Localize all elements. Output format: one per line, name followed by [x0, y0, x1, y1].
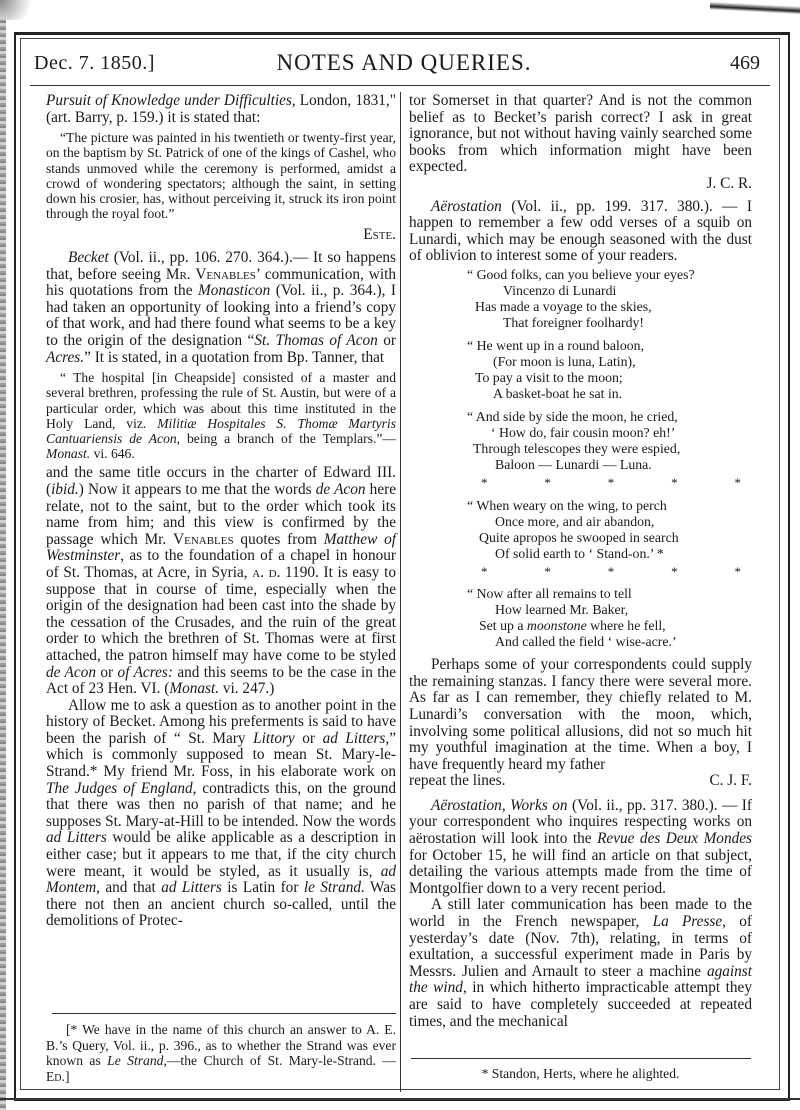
signature-row-cjf: repeat the lines. C. J. F.	[409, 773, 752, 790]
standon-footnote: * Standon, Herts, where he alighted.	[409, 1066, 752, 1082]
parish-paragraph: Allow me to ask a question as to another…	[46, 698, 396, 930]
signature-este: Este.	[46, 227, 396, 244]
perhaps-paragraph: Perhaps some of your correspondents coul…	[409, 657, 752, 773]
poem-stanza: “ And side by side the moon, he cried, ‘…	[467, 409, 752, 473]
quote-barry: “The picture was painted in his twentiet…	[46, 130, 396, 221]
works-paragraph: Aërostation, Works on (Vol. ii., pp. 317…	[409, 798, 752, 898]
editor-footnote: [* We have in the name of this church an…	[46, 1022, 396, 1084]
lunardi-poem-cont: “ When weary on the wing, to perch Once …	[467, 498, 752, 562]
lunardi-poem-end: “ Now after all remains to tell How lear…	[467, 586, 752, 650]
later-paragraph: A still later communication has been mad…	[409, 897, 752, 1030]
publication-title: NOTES AND QUERIES.	[34, 50, 774, 76]
column-divider	[400, 92, 401, 1092]
becket-heading: Becket	[68, 249, 109, 266]
footnote-rule-right	[411, 1058, 751, 1059]
lunardi-poem: “ Good folks, can you believe your eyes?…	[467, 267, 752, 473]
works-heading: Aërostation, Works on	[431, 797, 568, 814]
footnote-rule-left	[52, 1013, 396, 1014]
acon-paragraph: and the same title occurs in the charter…	[46, 465, 396, 697]
signature-jcr: J. C. R.	[409, 176, 752, 193]
scan-edge	[0, 0, 6, 1110]
right-column: tor Somerset in that quarter? And is not…	[409, 93, 752, 1030]
continuation-paragraph: tor Somerset in that quarter? And is not…	[409, 93, 752, 176]
left-column: Pursuit of Knowledge under Difficulties,…	[46, 93, 396, 930]
poem-stanza: “ When weary on the wing, to perch Once …	[467, 498, 752, 562]
becket-paragraph: Becket (Vol. ii., pp. 106. 270. 364.).— …	[46, 250, 396, 366]
ellipsis-stars: * * * * *	[481, 475, 741, 492]
header-rule	[30, 85, 770, 86]
bottom-rule	[0, 1098, 800, 1100]
poem-stanza: “ Good folks, can you believe your eyes?…	[467, 267, 752, 331]
ellipsis-stars: * * * * *	[481, 564, 741, 581]
aerostation-paragraph: Aërostation (Vol. ii., pp. 199. 317. 380…	[409, 199, 752, 265]
page-header: Dec. 7. 1850.] NOTES AND QUERIES. 469	[34, 46, 774, 82]
poem-stanza: “ Now after all remains to tell How lear…	[467, 586, 752, 650]
scan-corner-mark-right	[710, 2, 800, 15]
page-number: 469	[730, 52, 760, 75]
poem-stanza: “ He went up in a round baloon, (For moo…	[467, 338, 752, 402]
signature-cjf: C. J. F.	[709, 773, 752, 790]
intro-paragraph: Pursuit of Knowledge under Difficulties,…	[46, 93, 396, 126]
quote-tanner: “ The hospital [in Cheapside] consisted …	[46, 370, 396, 461]
scan-corner-mark	[0, 0, 40, 20]
aerostation-heading: Aërostation	[431, 198, 502, 215]
